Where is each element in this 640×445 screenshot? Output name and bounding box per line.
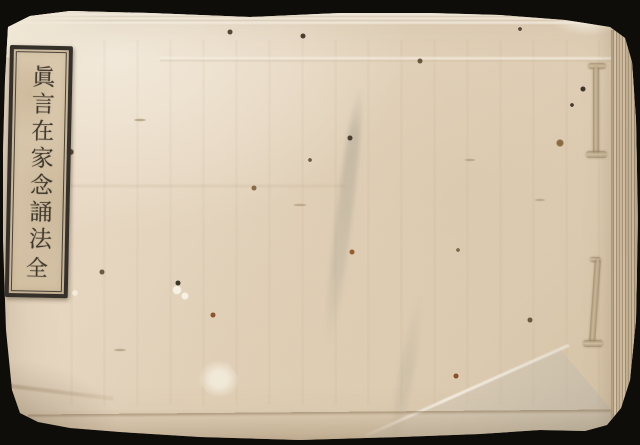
- photo-black-backdrop: 眞言在家念誦法 全: [0, 0, 640, 445]
- book-cover: 眞言在家念誦法 全: [0, 0, 640, 445]
- title-slip: 眞言在家念誦法 全: [5, 45, 73, 298]
- edge-vignette: [0, 0, 640, 445]
- title-slip-inner-border: 眞言在家念誦法 全: [11, 51, 67, 292]
- volume-marker: 全: [26, 251, 49, 282]
- title-text: 眞言在家念誦法: [26, 64, 53, 253]
